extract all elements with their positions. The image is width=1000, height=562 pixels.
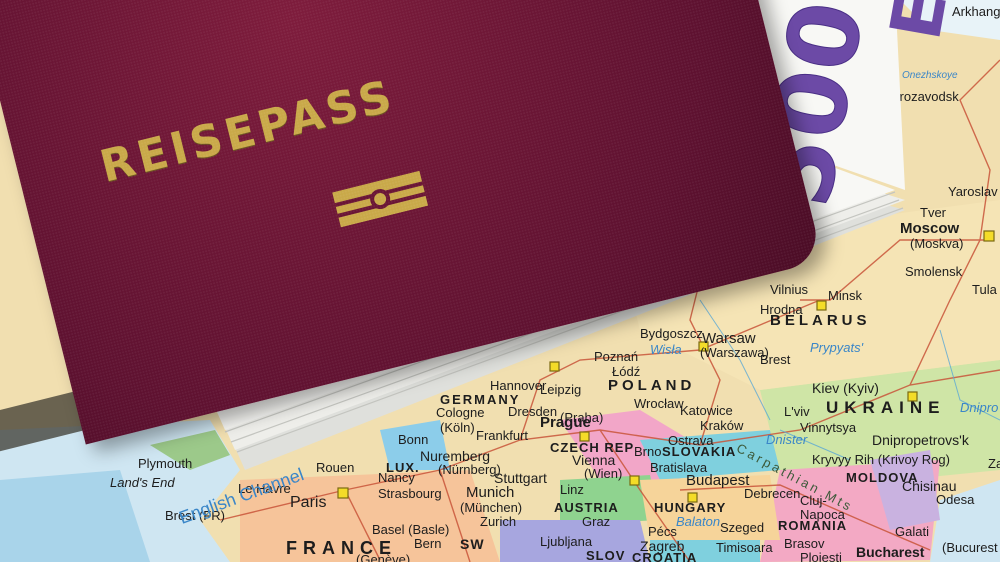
map-city-label: (Genève) [356, 552, 410, 562]
map-country-label: ROMANIA [778, 518, 847, 533]
map-country-label: SW [460, 536, 485, 552]
map-city-label: Timisoara [716, 540, 773, 555]
map-city-label: (Bucurest [942, 540, 998, 555]
map-water-label: Balaton [676, 514, 720, 529]
map-city-label: Brasov [784, 536, 824, 551]
photo-scene: Arkhang Ozero Onezhskoye Petrozavodsk Ya… [0, 0, 1000, 562]
map-city-label: Yaroslav [948, 184, 998, 199]
map-city-label: Paris [290, 494, 326, 512]
map-city-label: Strasbourg [378, 486, 442, 501]
map-country-label: AUSTRIA [554, 500, 619, 515]
map-city-label: Budapest [686, 472, 749, 489]
map-city-label: Zurich [480, 514, 516, 529]
map-city-label: Plymouth [138, 456, 192, 471]
map-city-label: Galati [895, 524, 929, 539]
map-city-label: (München) [460, 500, 522, 515]
map-city-label: Nancy [378, 470, 415, 485]
passport-title: REISEPASS [95, 70, 400, 192]
map-city-label: Zap [988, 456, 1000, 471]
map-city-label: Land's End [110, 475, 175, 490]
map-water-label: Dnipro [960, 400, 998, 415]
map-city-label: Munich [466, 484, 514, 501]
map-city-label: Linz [560, 482, 584, 497]
map-city-label: Bucharest [856, 544, 924, 560]
map-city-label: Debrecen [744, 486, 800, 501]
map-city-label: Pécs [648, 524, 677, 539]
map-city-label: Odesa [936, 492, 974, 507]
map-city-label: Ploiesti [800, 550, 842, 562]
map-country-label: CROATIA [632, 550, 697, 562]
map-city-label: Szeged [720, 520, 764, 535]
map-city-label: Bern [414, 536, 441, 551]
map-city-label: Basel (Basle) [372, 522, 449, 537]
biometric-chip-icon [332, 171, 428, 228]
map-city-label: Tula [972, 282, 997, 297]
map-country-label: SLOV [586, 548, 625, 562]
map-city-label: Ljubljana [540, 534, 592, 549]
map-city-label: Graz [582, 514, 610, 529]
map-country-label: HUNGARY [654, 500, 726, 515]
